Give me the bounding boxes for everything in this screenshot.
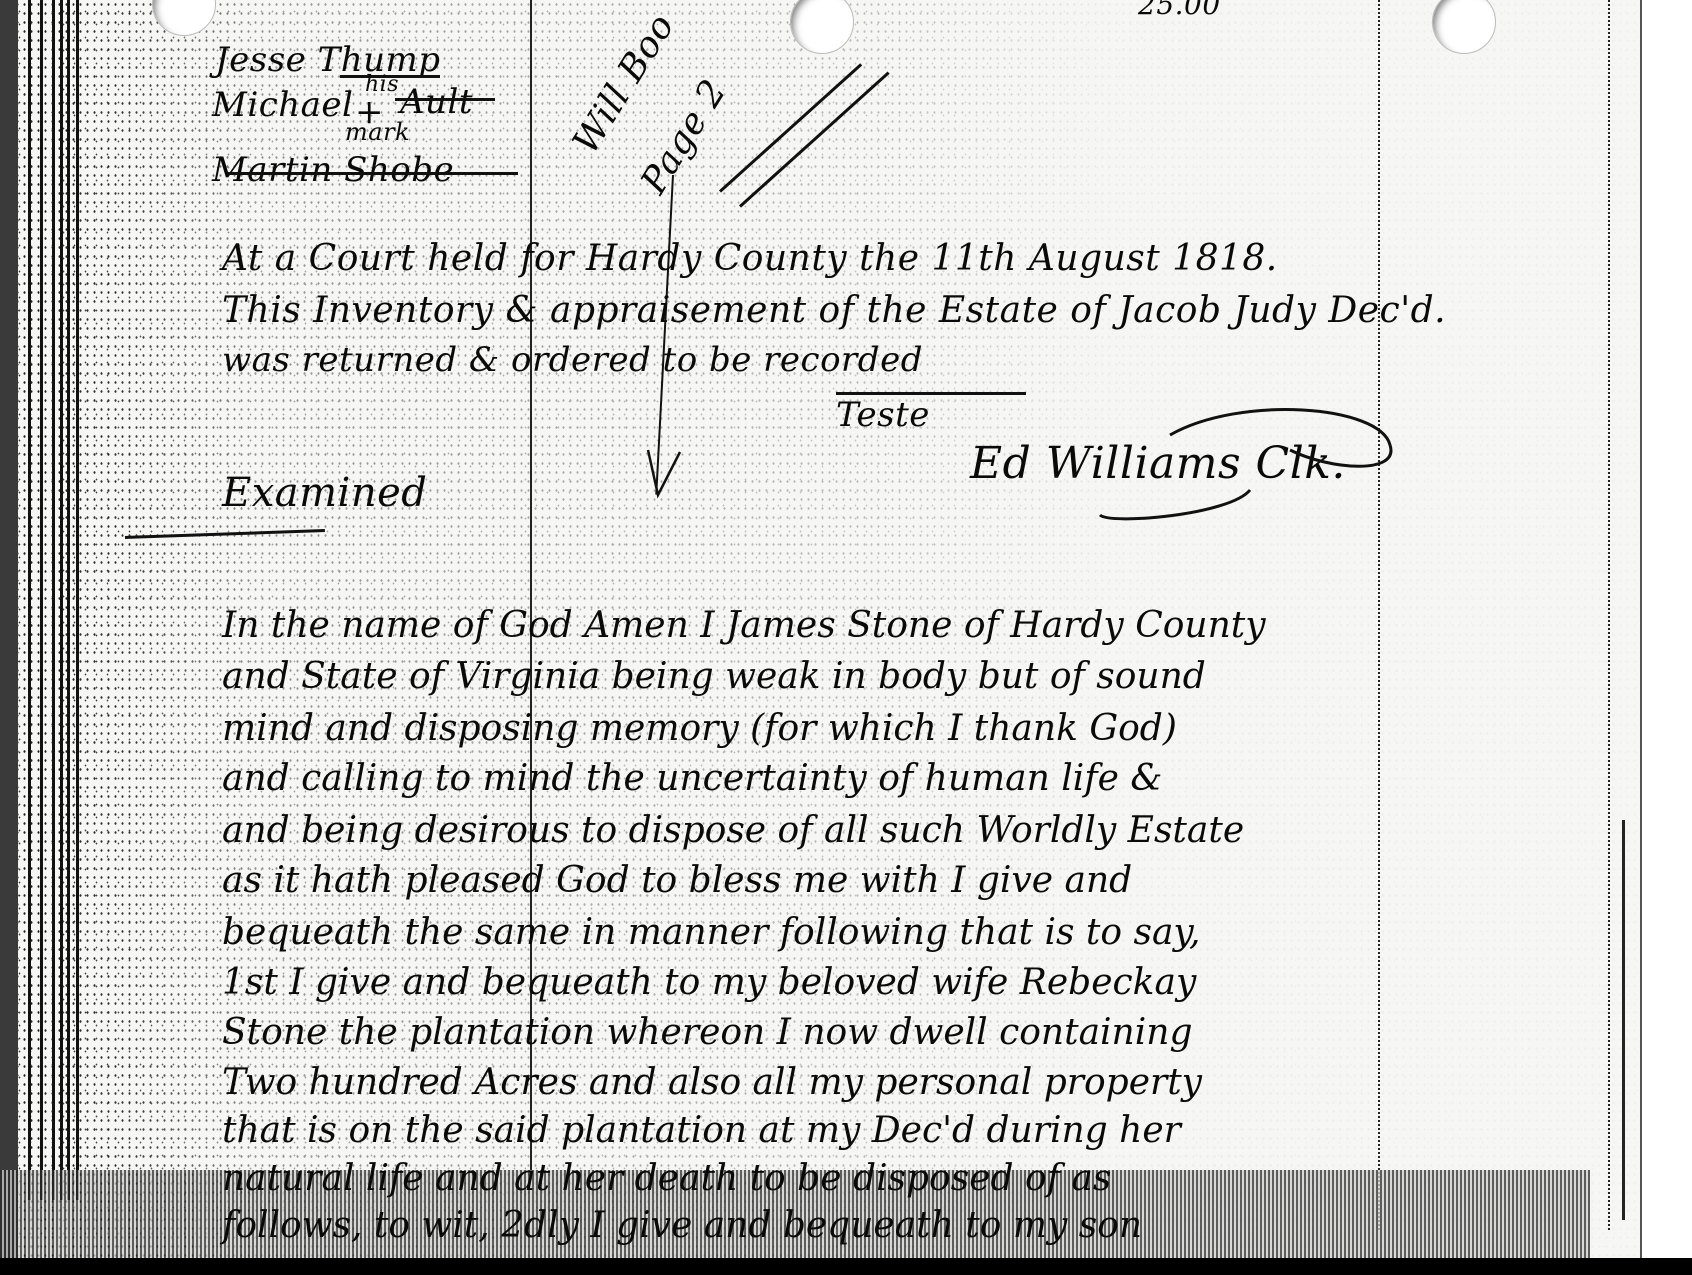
- binding-line: [76, 0, 79, 1200]
- binding-line: [60, 0, 63, 1200]
- signature-underline: [228, 172, 518, 175]
- will-line: In the name of God Amen I James Stone of…: [222, 605, 1266, 646]
- will-line: and being desirous to dispose of all suc…: [222, 810, 1244, 851]
- binding-line: [40, 0, 43, 1200]
- vertical-rule-dotted-right: [1608, 0, 1610, 1230]
- left-binding-edge: [0, 0, 18, 1258]
- court-entry-line-3: was returned & ordered to be recorded: [222, 340, 923, 380]
- will-line: Two hundred Acres and also all my person…: [222, 1062, 1202, 1103]
- signature-ault: Ault: [400, 82, 473, 122]
- court-entry-line-2: This Inventory & appraisement of the Est…: [222, 290, 1446, 331]
- will-line: natural life and at her death to be disp…: [222, 1158, 1111, 1199]
- signature-jesse-thump: Jesse Thump: [215, 40, 441, 80]
- will-line: and State of Virginia being weak in body…: [222, 656, 1206, 697]
- signature-michael: Michael: [212, 85, 353, 125]
- court-entry-line-1: At a Court held for Hardy County the 11t…: [222, 238, 1278, 279]
- examined-label: Examined: [222, 470, 427, 516]
- binding-line: [52, 0, 55, 1200]
- signature-martin-shobe: Martin Shobe: [212, 150, 454, 190]
- will-line: mind and disposing memory (for which I t…: [222, 708, 1177, 749]
- will-line: Stone the plantation whereon I now dwell…: [222, 1012, 1193, 1053]
- will-line: 1st I give and bequeath to my beloved wi…: [222, 962, 1196, 1003]
- attestation-teste: Teste: [836, 395, 930, 435]
- will-line: and calling to mind the uncertainty of h…: [222, 758, 1162, 799]
- will-line: that is on the said plantation at my Dec…: [222, 1110, 1181, 1151]
- vertical-rule-left: [530, 0, 532, 1180]
- signature-underline: [395, 98, 495, 101]
- arrow-head-icon: [640, 440, 700, 510]
- signature-mark-label: mark: [345, 118, 410, 146]
- binding-line: [28, 0, 31, 1200]
- signature-flourish-icon: [1090, 395, 1410, 535]
- vertical-rule-right-bold: [1622, 820, 1625, 1220]
- binding-line: [67, 0, 70, 1200]
- vertical-rule-dotted: [1378, 0, 1380, 1230]
- teste-flourish: [836, 392, 1026, 395]
- page-right-edge: [1640, 0, 1642, 1258]
- scan-bottom-bar: [0, 1258, 1692, 1275]
- page-amount: 25.00: [1138, 0, 1221, 21]
- will-line: as it hath pleased God to bless me with …: [222, 860, 1132, 901]
- will-line: bequeath the same in manner following th…: [222, 912, 1200, 953]
- will-line: follows, to wit, 2dly I give and bequeat…: [222, 1205, 1142, 1246]
